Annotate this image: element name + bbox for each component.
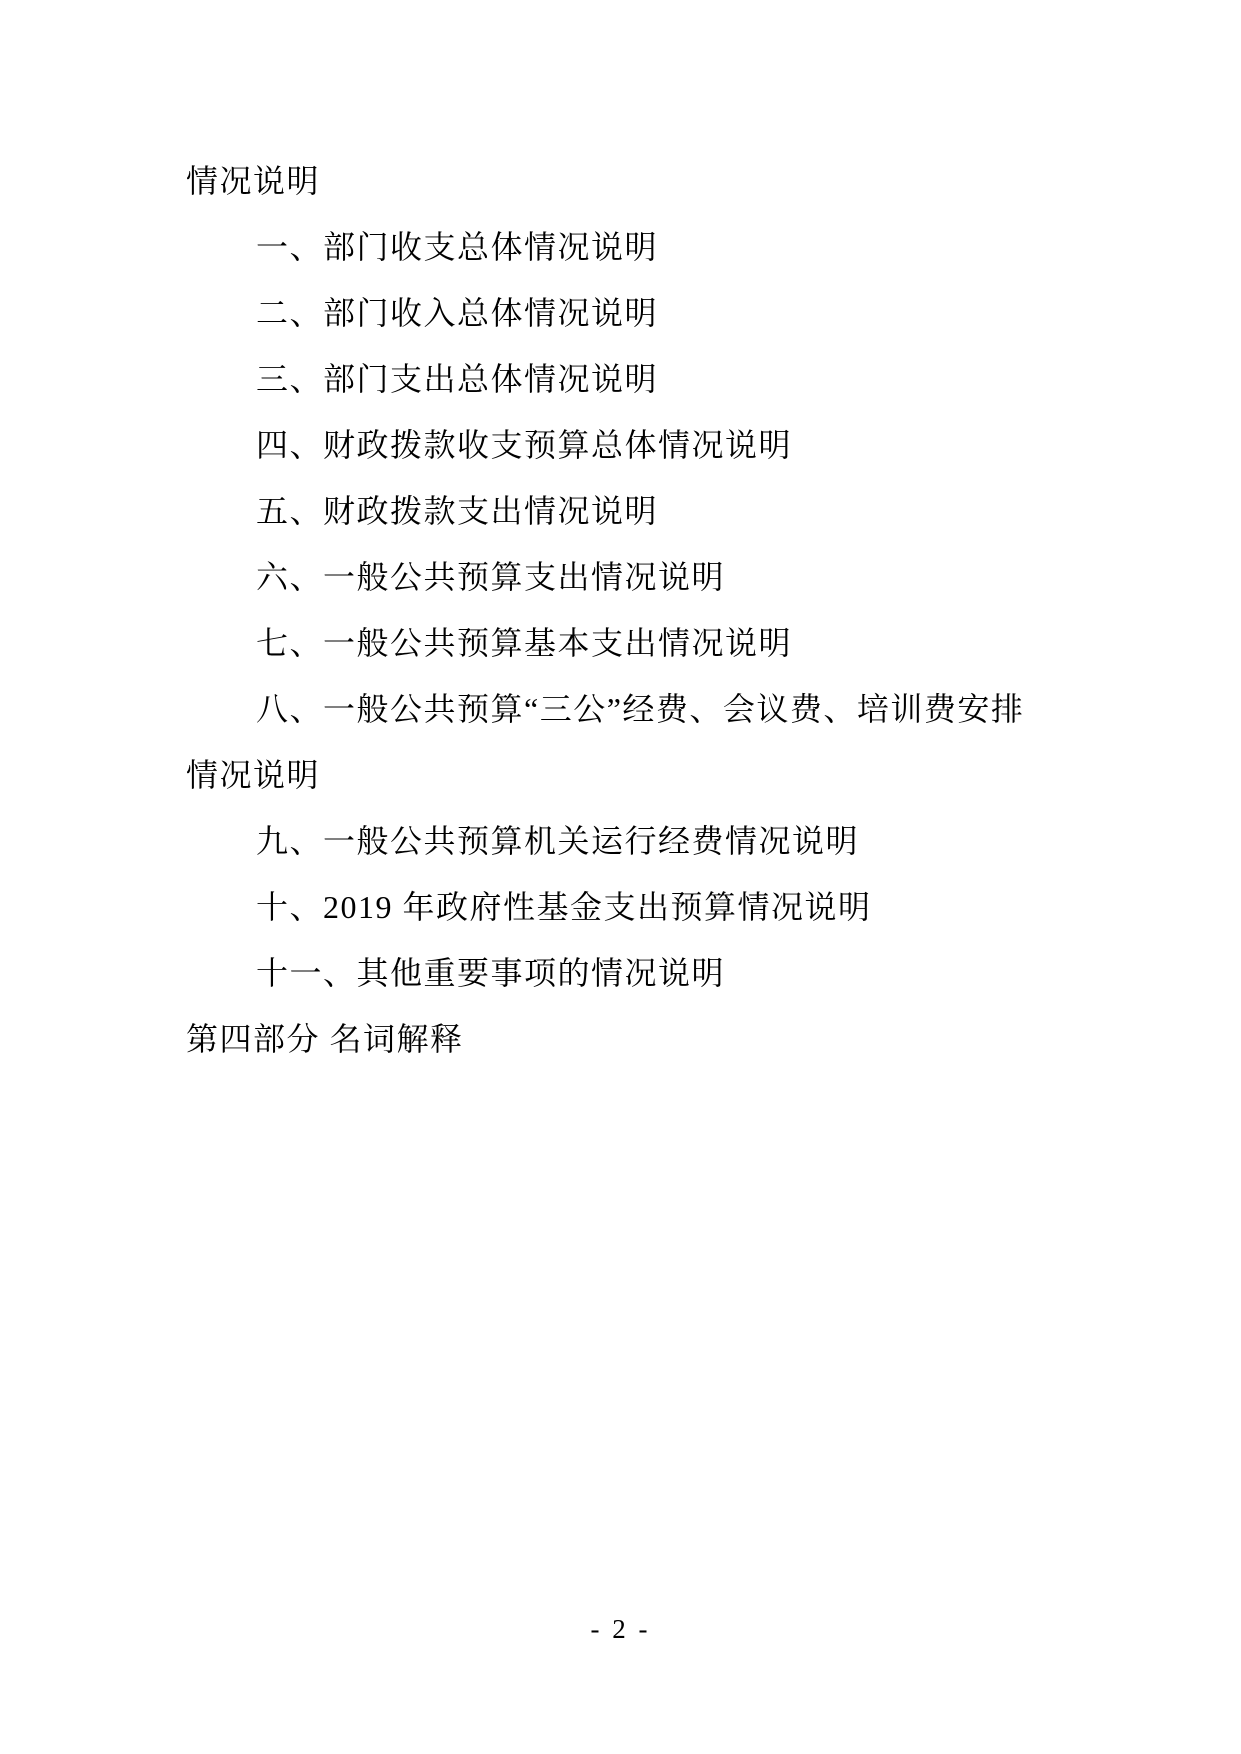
toc-line: 四、财政拨款收支预算总体情况说明	[186, 412, 1058, 478]
toc-line: 六、一般公共预算支出情况说明	[186, 544, 1058, 610]
section-heading: 第四部分 名词解释	[186, 1006, 1058, 1072]
toc-line: 九、一般公共预算机关运行经费情况说明	[186, 808, 1058, 874]
toc-line: 七、一般公共预算基本支出情况说明	[186, 610, 1058, 676]
page-number: - 2 -	[0, 1612, 1241, 1646]
toc-line: 十一、其他重要事项的情况说明	[186, 940, 1058, 1006]
toc-line: 二、部门收入总体情况说明	[186, 280, 1058, 346]
toc-line: 五、财政拨款支出情况说明	[186, 478, 1058, 544]
toc-line: 三、部门支出总体情况说明	[186, 346, 1058, 412]
toc-line: 一、部门收支总体情况说明	[186, 214, 1058, 280]
toc-line-continuation: 情况说明	[186, 742, 1058, 808]
toc-line: 十、2019 年政府性基金支出预算情况说明	[186, 874, 1058, 940]
toc-line: 八、一般公共预算“三公”经费、会议费、培训费安排	[186, 676, 1058, 742]
toc-line-continuation: 情况说明	[186, 148, 1058, 214]
table-of-contents: 情况说明 一、部门收支总体情况说明 二、部门收入总体情况说明 三、部门支出总体情…	[186, 148, 1058, 1072]
document-page: 情况说明 一、部门收支总体情况说明 二、部门收入总体情况说明 三、部门支出总体情…	[0, 0, 1241, 1754]
